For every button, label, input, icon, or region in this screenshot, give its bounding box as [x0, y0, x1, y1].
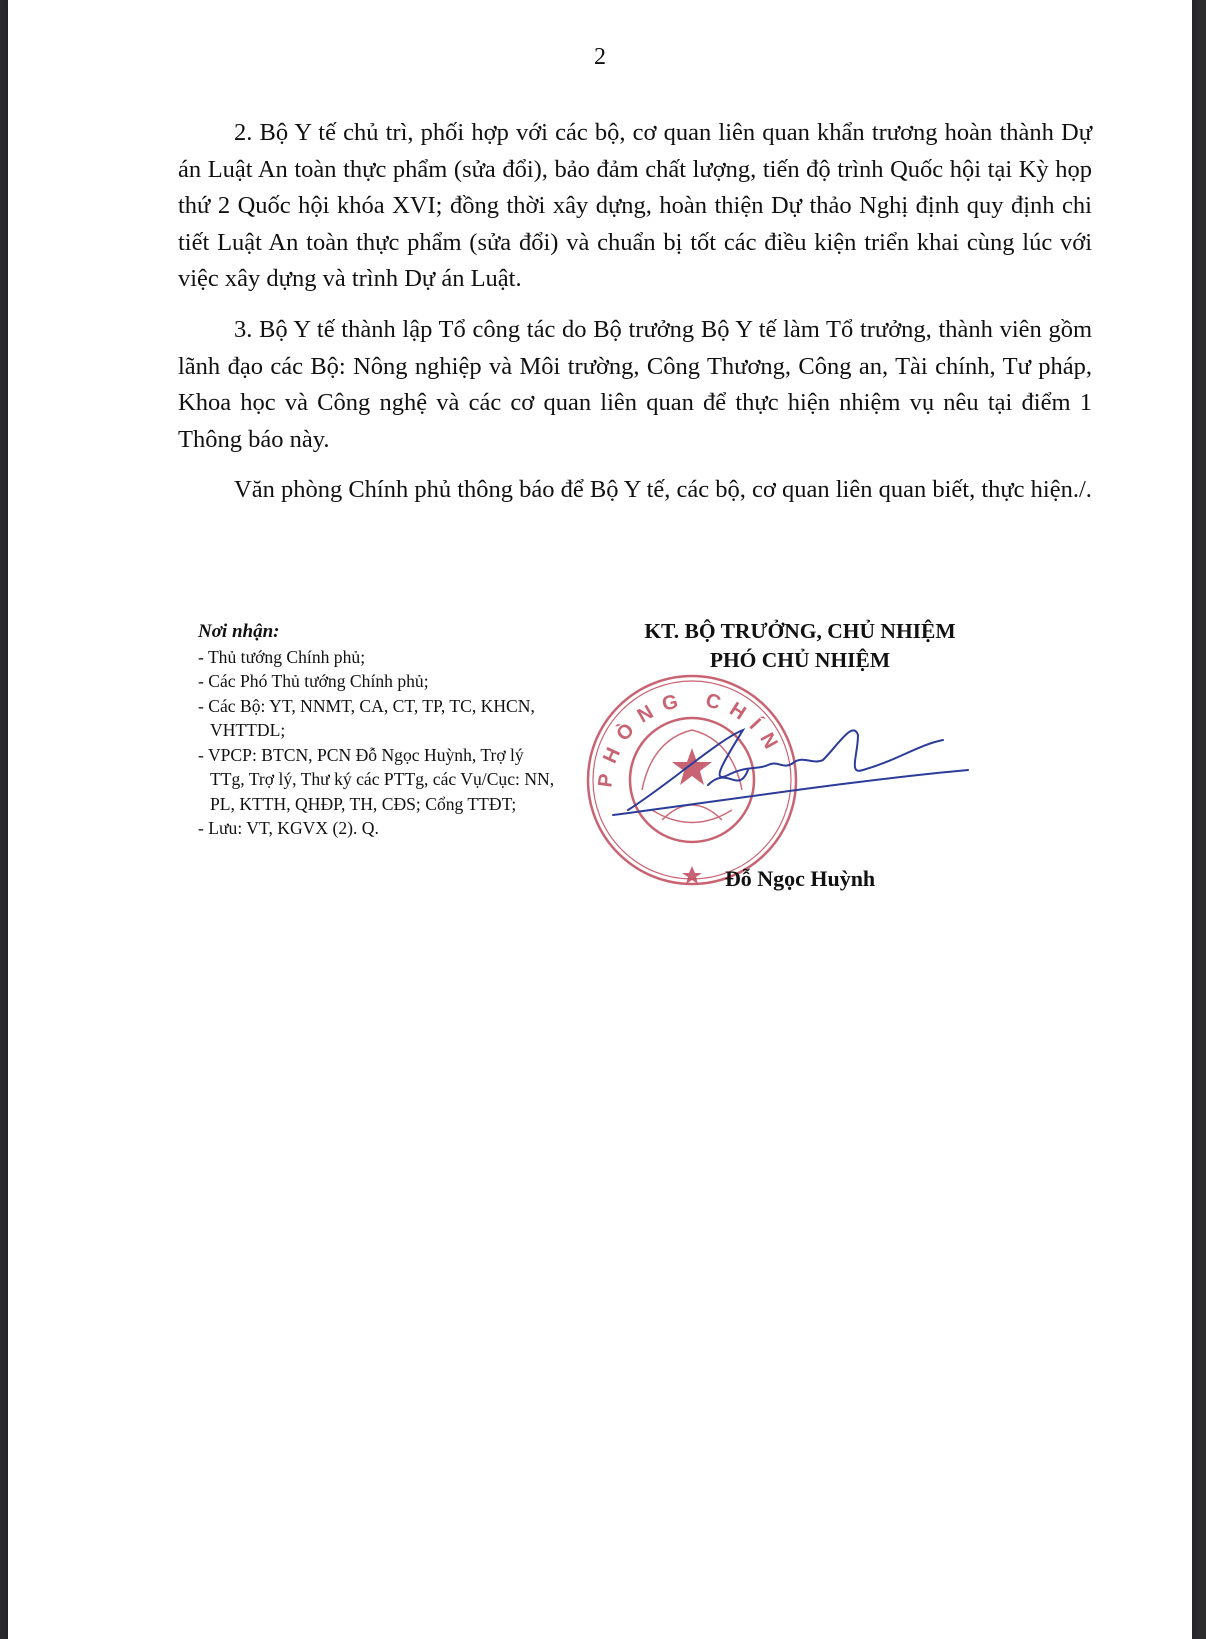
paragraph-3: 3. Bộ Y tế thành lập Tổ công tác do Bộ t… [178, 312, 1092, 458]
recipient-item: - Thủ tướng Chính phủ; [198, 645, 558, 670]
signature-line-1: KT. BỘ TRƯỞNG, CHỦ NHIỆM [600, 617, 1000, 646]
paragraph-text: Văn phòng Chính phủ thông báo để Bộ Y tế… [178, 472, 1092, 509]
signer-name: Đỗ Ngọc Huỳnh [600, 866, 1000, 892]
document-page: 2 2. Bộ Y tế chủ trì, phối hợp với các b… [8, 0, 1192, 1639]
closing-paragraph: Văn phòng Chính phủ thông báo để Bộ Y tế… [178, 472, 1092, 509]
recipient-item: - Các Phó Thủ tướng Chính phủ; [198, 669, 558, 694]
recipient-item: - Lưu: VT, KGVX (2). Q. [198, 816, 558, 841]
viewer-scrollbar-track[interactable] [1197, 0, 1206, 1639]
paragraph-text: 3. Bộ Y tế thành lập Tổ công tác do Bộ t… [178, 312, 1092, 458]
page-number: 2 [8, 44, 1192, 71]
signature-title: KT. BỘ TRƯỞNG, CHỦ NHIỆM PHÓ CHỦ NHIỆM [600, 617, 1000, 675]
recipient-item: - Các Bộ: YT, NNMT, CA, CT, TP, TC, KHCN… [198, 694, 558, 743]
paragraph-2: 2. Bộ Y tế chủ trì, phối hợp với các bộ,… [178, 115, 1092, 298]
recipients-title: Nơi nhận: [198, 620, 558, 645]
paragraph-text: 2. Bộ Y tế chủ trì, phối hợp với các bộ,… [178, 115, 1092, 298]
recipient-item: - VPCP: BTCN, PCN Đỗ Ngọc Huỳnh, Trợ lý … [198, 743, 558, 817]
signature-icon [608, 715, 988, 825]
recipients-list: Nơi nhận: - Thủ tướng Chính phủ; - Các P… [198, 620, 558, 841]
